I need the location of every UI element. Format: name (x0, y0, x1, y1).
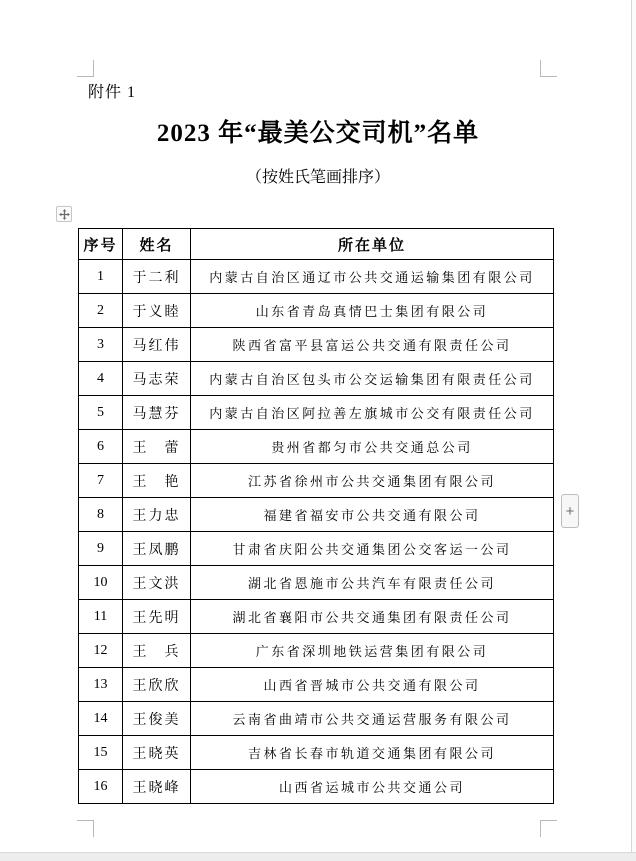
row-number-cell: 5 (79, 396, 123, 430)
row-number-cell: 3 (79, 328, 123, 362)
row-number-cell: 1 (79, 260, 123, 294)
unit-cell: 山东省青岛真情巴士集团有限公司 (191, 294, 554, 328)
row-number-cell: 6 (79, 430, 123, 464)
unit-cell: 湖北省恩施市公共汽车有限责任公司 (191, 566, 554, 600)
name-cell: 王文洪 (123, 566, 191, 600)
name-cell: 王俊美 (123, 702, 191, 736)
unit-cell: 内蒙古自治区通辽市公共交通运输集团有限公司 (191, 260, 554, 294)
page-subtitle: （按姓氏笔画排序） (0, 164, 636, 187)
name-cell: 王 艳 (123, 464, 191, 498)
name-cell: 王欣欣 (123, 668, 191, 702)
page-title: 2023 年“最美公交司机”名单 (0, 113, 636, 149)
row-number-cell: 4 (79, 362, 123, 396)
table-row: 3 马红伟 陕西省富平县富运公共交通有限责任公司 (79, 328, 554, 362)
table-row: 6 王 蕾 贵州省都匀市公共交通总公司 (79, 430, 554, 464)
table-row: 10 王文洪 湖北省恩施市公共汽车有限责任公司 (79, 566, 554, 600)
margin-mark-top-left (77, 60, 94, 77)
name-cell: 王晓峰 (123, 770, 191, 804)
four-direction-move-icon (59, 209, 70, 220)
name-cell: 马慧芬 (123, 396, 191, 430)
table-row: 4 马志荣 内蒙古自治区包头市公交运输集团有限责任公司 (79, 362, 554, 396)
unit-cell: 福建省福安市公共交通有限公司 (191, 498, 554, 532)
margin-mark-bottom-right (540, 820, 557, 837)
unit-cell: 陕西省富平县富运公共交通有限责任公司 (191, 328, 554, 362)
unit-cell: 广东省深圳地铁运营集团有限公司 (191, 634, 554, 668)
row-number-cell: 16 (79, 770, 123, 804)
table-row: 8 王力忠 福建省福安市公共交通有限公司 (79, 498, 554, 532)
table-move-handle[interactable] (56, 206, 72, 222)
unit-cell: 甘肃省庆阳公共交通集团公交客运一公司 (191, 532, 554, 566)
header-cell-number: 序号 (79, 229, 123, 260)
table-row: 12 王 兵 广东省深圳地铁运营集团有限公司 (79, 634, 554, 668)
table-row: 9 王凤鹏 甘肃省庆阳公共交通集团公交客运一公司 (79, 532, 554, 566)
table-row: 15 王晓英 吉林省长春市轨道交通集团有限公司 (79, 736, 554, 770)
unit-cell: 云南省曲靖市公共交通运营服务有限公司 (191, 702, 554, 736)
unit-cell: 江苏省徐州市公共交通集团有限公司 (191, 464, 554, 498)
name-cell: 于二利 (123, 260, 191, 294)
table-row: 7 王 艳 江苏省徐州市公共交通集团有限公司 (79, 464, 554, 498)
table-row: 1 于二利 内蒙古自治区通辽市公共交通运输集团有限公司 (79, 260, 554, 294)
row-number-cell: 10 (79, 566, 123, 600)
table-header-row: 序号 姓名 所在单位 (79, 229, 554, 260)
row-number-cell: 9 (79, 532, 123, 566)
row-number-cell: 11 (79, 600, 123, 634)
unit-cell: 贵州省都匀市公共交通总公司 (191, 430, 554, 464)
table-row: 2 于义睦 山东省青岛真情巴士集团有限公司 (79, 294, 554, 328)
header-cell-name: 姓名 (123, 229, 191, 260)
row-number-cell: 8 (79, 498, 123, 532)
row-number-cell: 7 (79, 464, 123, 498)
table-row: 5 马慧芬 内蒙古自治区阿拉善左旗城市公交有限责任公司 (79, 396, 554, 430)
row-number-cell: 12 (79, 634, 123, 668)
name-cell: 王凤鹏 (123, 532, 191, 566)
table-row: 14 王俊美 云南省曲靖市公共交通运营服务有限公司 (79, 702, 554, 736)
unit-cell: 内蒙古自治区包头市公交运输集团有限责任公司 (191, 362, 554, 396)
unit-cell: 山西省运城市公共交通公司 (191, 770, 554, 804)
row-number-cell: 15 (79, 736, 123, 770)
row-number-cell: 14 (79, 702, 123, 736)
table-row: 16 王晓峰 山西省运城市公共交通公司 (79, 770, 554, 804)
unit-cell: 内蒙古自治区阿拉善左旗城市公交有限责任公司 (191, 396, 554, 430)
name-cell: 马红伟 (123, 328, 191, 362)
document-page: 附件 1 2023 年“最美公交司机”名单 （按姓氏笔画排序） 序号 姓名 所在… (0, 0, 636, 861)
name-cell: 于义睦 (123, 294, 191, 328)
name-cell: 王晓英 (123, 736, 191, 770)
plus-icon: + (566, 503, 575, 520)
table-row: 13 王欣欣 山西省晋城市公共交通有限公司 (79, 668, 554, 702)
unit-cell: 湖北省襄阳市公共交通集团有限责任公司 (191, 600, 554, 634)
margin-mark-top-right (540, 60, 557, 77)
window-right-edge (631, 0, 636, 852)
name-cell: 王 蕾 (123, 430, 191, 464)
name-cell: 王先明 (123, 600, 191, 634)
attachment-label: 附件 1 (88, 79, 136, 102)
table-row: 11 王先明 湖北省襄阳市公共交通集团有限责任公司 (79, 600, 554, 634)
name-cell: 马志荣 (123, 362, 191, 396)
unit-cell: 山西省晋城市公共交通有限公司 (191, 668, 554, 702)
row-number-cell: 13 (79, 668, 123, 702)
row-number-cell: 2 (79, 294, 123, 328)
unit-cell: 吉林省长春市轨道交通集团有限公司 (191, 736, 554, 770)
add-row-button[interactable]: + (561, 494, 579, 528)
roster-table: 序号 姓名 所在单位 1 于二利 内蒙古自治区通辽市公共交通运输集团有限公司 2… (78, 228, 554, 804)
header-cell-unit: 所在单位 (191, 229, 554, 260)
margin-mark-bottom-left (77, 820, 94, 837)
name-cell: 王力忠 (123, 498, 191, 532)
name-cell: 王 兵 (123, 634, 191, 668)
window-bottom-edge (0, 852, 636, 861)
